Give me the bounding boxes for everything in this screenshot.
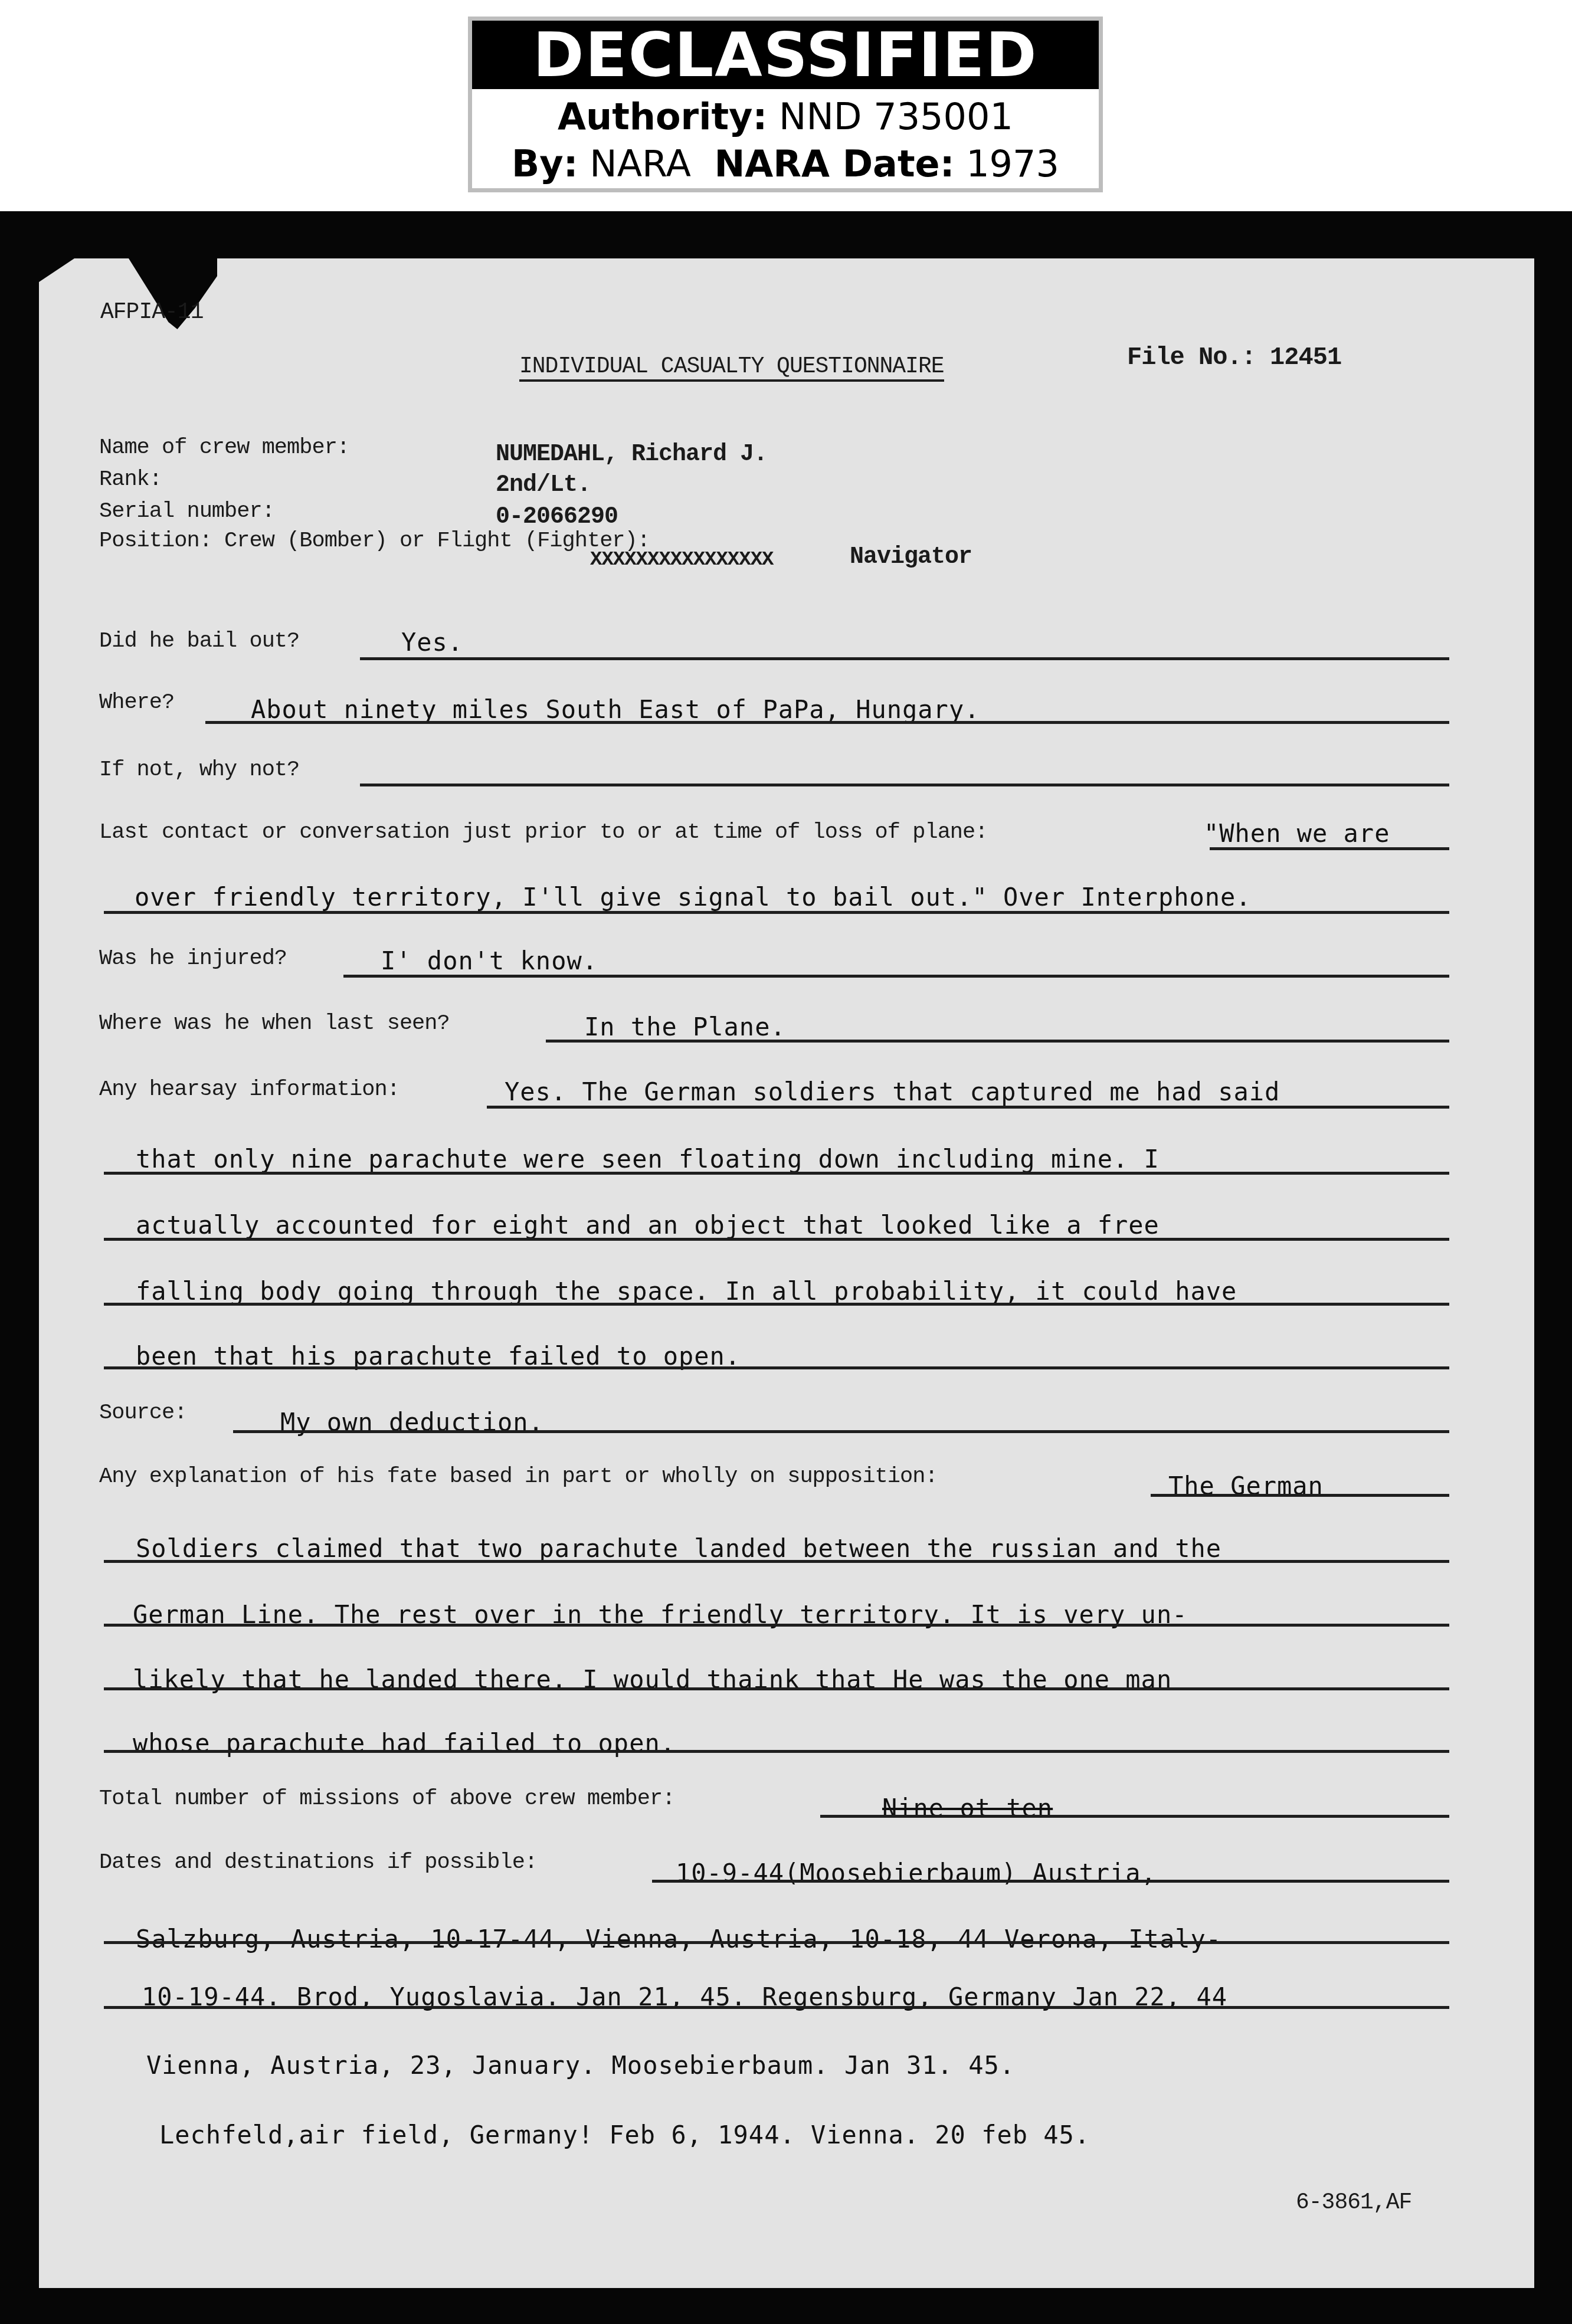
answer-line — [104, 1750, 1449, 1753]
hearsay-answer-2: that only nine parachute were seen float… — [136, 1145, 1160, 1174]
injured-label: Was he injured? — [99, 946, 287, 971]
last-seen-answer: In the Plane. — [584, 1012, 786, 1041]
last-contact-answer-1: "When we are — [1204, 819, 1390, 848]
serial-value: 0-2066290 — [496, 504, 618, 530]
file-number: File No.: 12451 — [1127, 343, 1341, 372]
declassified-stamp: DECLASSIFIED Authority: NND 735001 By: N… — [468, 17, 1103, 192]
answer-line — [104, 1687, 1449, 1690]
answer-line — [343, 975, 1449, 978]
explanation-answer-5: whose parachute had failed to open. — [133, 1729, 676, 1758]
position-struck-text: XXXXXXXXXXXXXXXX — [590, 549, 773, 571]
answer-line — [205, 721, 1449, 724]
bail-out-answer: Yes. — [401, 628, 463, 657]
answer-line — [1210, 847, 1449, 850]
answer-line — [104, 1238, 1449, 1241]
answer-line — [233, 1430, 1449, 1433]
answer-line — [104, 911, 1449, 914]
source-label: Source: — [99, 1401, 186, 1425]
answer-line — [1151, 1494, 1449, 1497]
serial-label: Serial number: — [99, 499, 274, 524]
where-label: Where? — [99, 690, 174, 715]
last-seen-label: Where was he when last seen? — [99, 1011, 450, 1036]
hearsay-answer-4: falling body going through the space. In… — [136, 1277, 1237, 1306]
answer-line — [487, 1106, 1449, 1109]
answer-line — [546, 1040, 1449, 1043]
answer-line — [104, 1172, 1449, 1175]
explanation-answer-2: Soldiers claimed that two parachute land… — [136, 1534, 1221, 1563]
answer-line — [104, 1560, 1449, 1563]
stamp-authority: Authority: NND 735001 — [472, 96, 1099, 137]
bail-out-label: Did he bail out? — [99, 629, 299, 654]
dates-answer-4: Vienna, Austria, 23, January. Moosebierb… — [146, 2051, 1015, 2080]
last-contact-answer-2: over friendly territory, I'll give signa… — [135, 883, 1252, 912]
form-title: INDIVIDUAL CASUALTY QUESTIONNAIRE — [519, 354, 944, 382]
missions-label: Total number of missions of above crew m… — [99, 1787, 674, 1811]
injured-answer: I' don't know. — [381, 946, 598, 975]
hearsay-answer-3: actually accounted for eight and an obje… — [136, 1211, 1160, 1240]
stamp-title: DECLASSIFIED — [472, 21, 1099, 89]
answer-line — [104, 1941, 1449, 1944]
answer-line — [104, 2006, 1449, 2009]
dates-answer-1: 10-9-44(Moosebierbaum) Austria, — [676, 1858, 1157, 1887]
hearsay-label: Any hearsay information: — [99, 1077, 399, 1102]
explanation-label: Any explanation of his fate based in par… — [99, 1464, 938, 1489]
dates-label: Dates and destinations if possible: — [99, 1850, 537, 1875]
answer-line — [104, 1366, 1449, 1369]
if-not-label: If not, why not? — [99, 758, 299, 782]
missions-answer: Nine ot ten — [882, 1794, 1053, 1823]
answer-line — [104, 1303, 1449, 1306]
rank-value: 2nd/Lt. — [496, 472, 591, 499]
position-value: Navigator — [850, 544, 972, 571]
crew-name-label: Name of crew member: — [99, 435, 349, 460]
dates-answer-2: Salzburg, Austria, 10-17-44, Vienna, Aus… — [136, 1925, 1221, 1953]
form-id: AFPIA-11 — [100, 300, 203, 325]
answer-line — [104, 1624, 1449, 1627]
hearsay-answer-1: Yes. The German soldiers that captured m… — [505, 1077, 1280, 1106]
last-contact-label: Last contact or conversation just prior … — [99, 820, 987, 845]
position-label: Position: Crew (Bomber) or Flight (Fight… — [99, 529, 650, 553]
answer-line — [360, 784, 1449, 786]
crew-name-value: NUMEDAHL, Richard J. — [496, 441, 767, 468]
form-footer-code: 6-3861,AF — [1296, 2190, 1411, 2215]
where-answer: About ninety miles South East of PaPa, H… — [251, 695, 980, 724]
dates-answer-5: Lechfeld,air field, Germany! Feb 6, 1944… — [159, 2120, 1090, 2149]
answer-line — [360, 657, 1449, 660]
stamp-by-date: By: NARA NARA Date: 1973 — [472, 143, 1099, 185]
answer-line — [652, 1880, 1449, 1883]
rank-label: Rank: — [99, 467, 162, 492]
answer-line — [820, 1815, 1449, 1818]
